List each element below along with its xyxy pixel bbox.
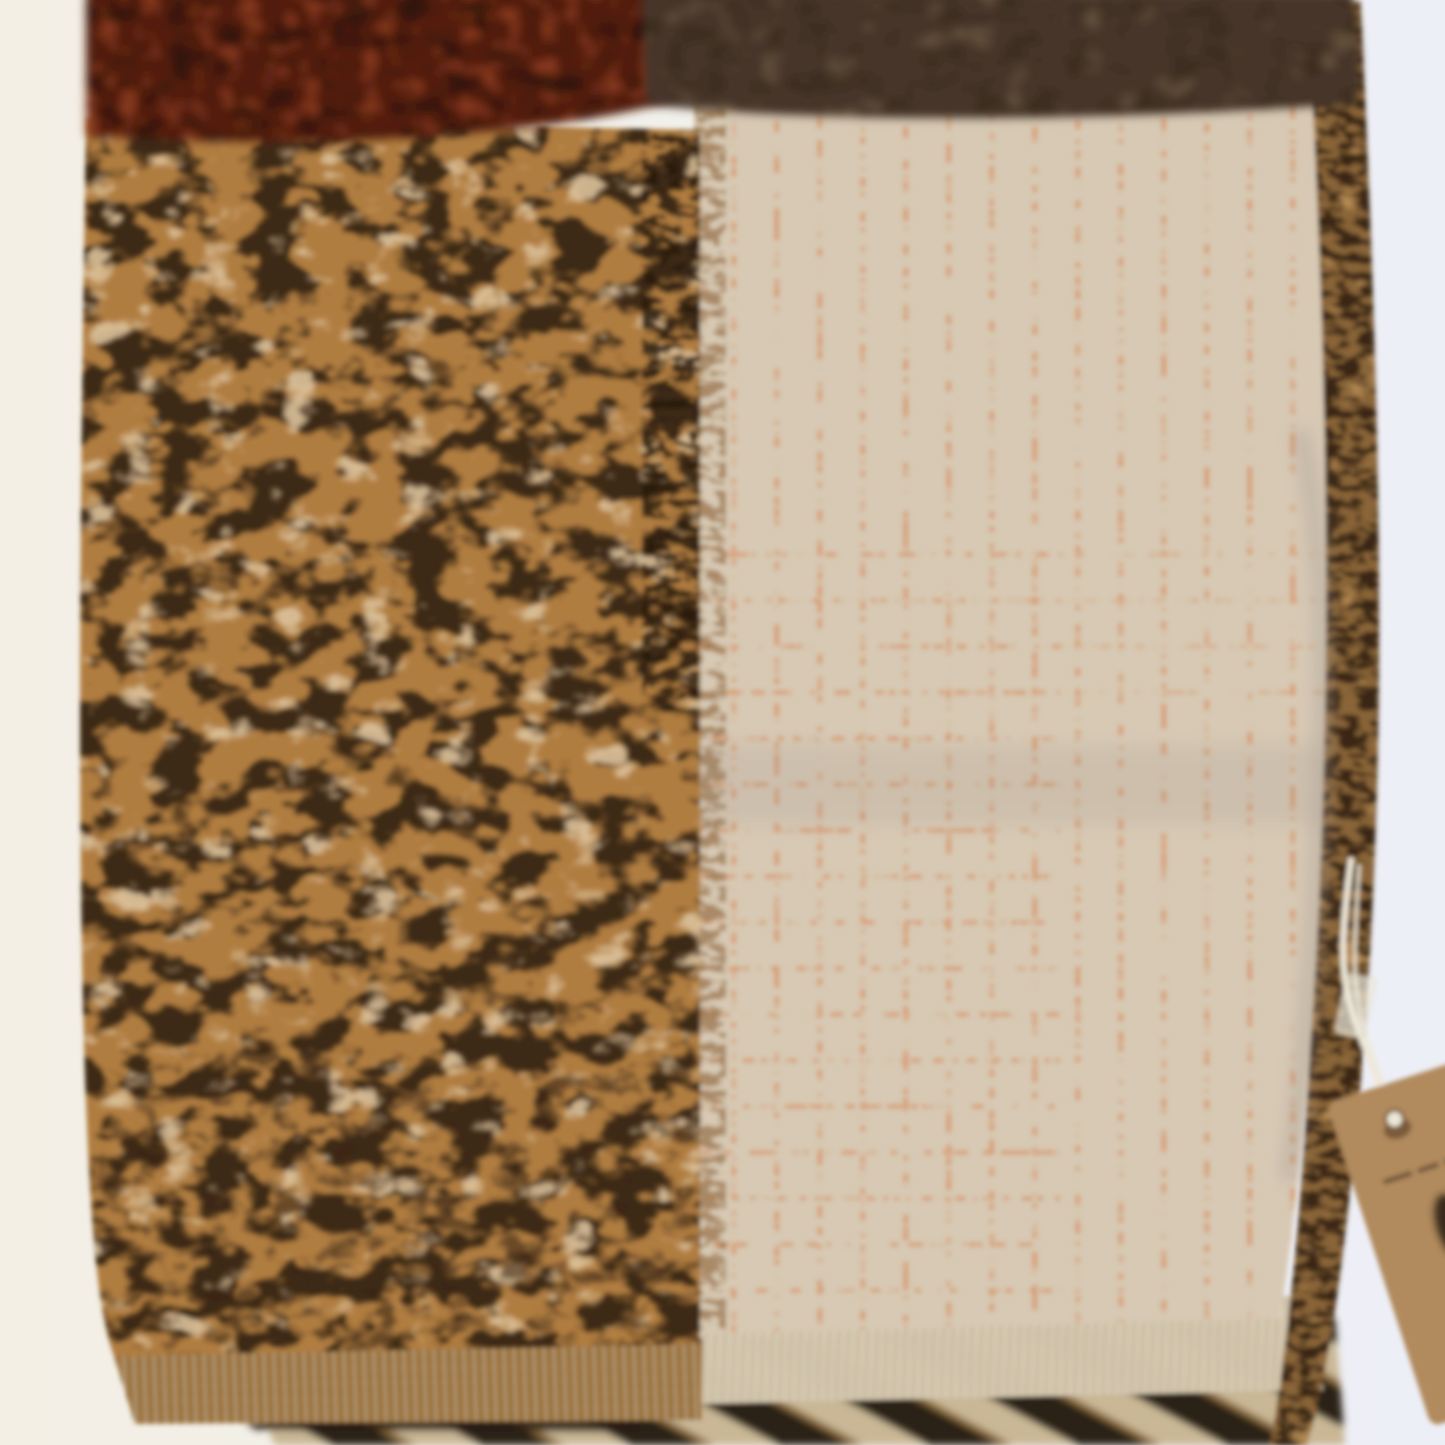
brown-band-dark-mottle <box>640 0 1360 118</box>
cream-panel-mid-stripes <box>1040 545 1340 725</box>
brown-band <box>640 0 1360 118</box>
product-photo: Folded plaid blanket scarf in rust, tan,… <box>0 0 1445 1445</box>
tan-block-bottom-shade <box>100 1050 700 1360</box>
cream-panel-horizontal-stripes <box>690 545 1060 1345</box>
scarf-scene <box>70 0 1445 1445</box>
tan-tweed-block <box>70 110 710 1366</box>
cream-panel <box>690 90 1340 1345</box>
cream-panel-fold-shade <box>694 745 1334 825</box>
photo-canvas <box>0 0 1445 1445</box>
tan-block-right-streak <box>642 112 704 712</box>
